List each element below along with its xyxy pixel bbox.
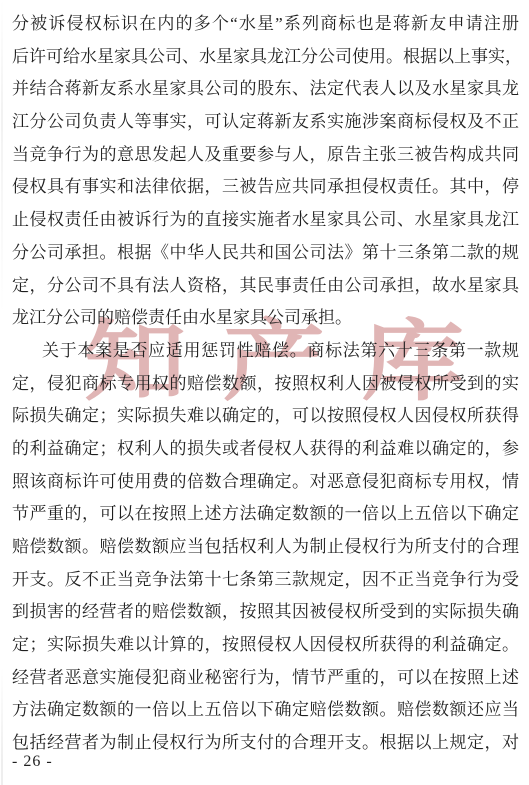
- text-line: 定；实际损失难以计算的，按照侵权人因侵权所获得的利益确定。: [12, 629, 519, 662]
- text-line: 定，侵犯商标专用权的赔偿数额，按照权利人因被侵权所受到的实: [12, 368, 519, 401]
- judgment-text-block: 分被诉侵权标识在内的多个“水星”系列商标也是蒋新友申请注册 后许可给水星家具公司…: [12, 8, 519, 760]
- text-line: 分公司承担。根据《中华人民共和国公司法》第十三条第二款的规: [12, 237, 519, 270]
- text-line: 经营者恶意实施侵犯商业秘密行为，情节严重的，可以在按照上述: [12, 662, 519, 695]
- text-line: 止侵权责任由被诉行为的直接实施者水星家具公司、水星家具龙江: [12, 204, 519, 237]
- text-line: 分被诉侵权标识在内的多个“水星”系列商标也是蒋新友申请注册: [12, 8, 519, 41]
- text-line: 的利益确定；权利人的损失或者侵权人获得的利益难以确定的，参: [12, 433, 519, 466]
- document-page: 知产库 分被诉侵权标识在内的多个“水星”系列商标也是蒋新友申请注册 后许可给水星…: [0, 0, 529, 785]
- text-line: 江分公司负责人等事实，可认定蒋新友系实施涉案商标侵权及不正: [12, 106, 519, 139]
- text-line: 并结合蒋新友系水星家具公司的股东、法定代表人以及水星家具龙: [12, 73, 519, 106]
- text-line: 当竞争行为的意思发起人及重要参与人，原告主张三被告构成共同: [12, 139, 519, 172]
- text-line: 方法确定数额的一倍以上五倍以下确定赔偿数额。赔偿数额还应当: [12, 694, 519, 727]
- text-line: 定，分公司不具有法人资格，其民事责任由公司承担，故水星家具: [12, 270, 519, 303]
- text-line: 到损害的经营者的赔偿数额，按照其因被侵权所受到的实际损失确: [12, 596, 519, 629]
- page-number: - 26 -: [12, 751, 53, 773]
- text-line: 赔偿数额。赔偿数额应当包括权利人为制止侵权行为所支付的合理: [12, 531, 519, 564]
- text-line-paragraph-end: 龙江分公司的赔偿责任由水星家具公司承担。: [12, 302, 519, 335]
- text-line: 节严重的，可以在按照上述方法确定数额的一倍以上五倍以下确定: [12, 498, 519, 531]
- text-line: 包括经营者为制止侵权行为所支付的合理开支。根据以上规定，对: [12, 727, 519, 760]
- text-line: 后许可给水星家具公司、水星家具龙江分公司使用。根据以上事实，: [12, 41, 519, 74]
- text-line: 侵权具有事实和法律依据，三被告应共同承担侵权责任。其中，停: [12, 171, 519, 204]
- text-line: 开支。反不正当竞争法第十七条第三款规定，因不正当竞争行为受: [12, 564, 519, 597]
- text-line: 际损失确定；实际损失难以确定的，可以按照侵权人因侵权所获得: [12, 400, 519, 433]
- text-line: 照该商标许可使用费的倍数合理确定。对恶意侵犯商标专用权，情: [12, 466, 519, 499]
- scan-edge-artifact: [1, 0, 3, 785]
- text-line-paragraph-start: 关于本案是否应适用惩罚性赔偿。商标法第六十三条第一款规: [12, 335, 519, 368]
